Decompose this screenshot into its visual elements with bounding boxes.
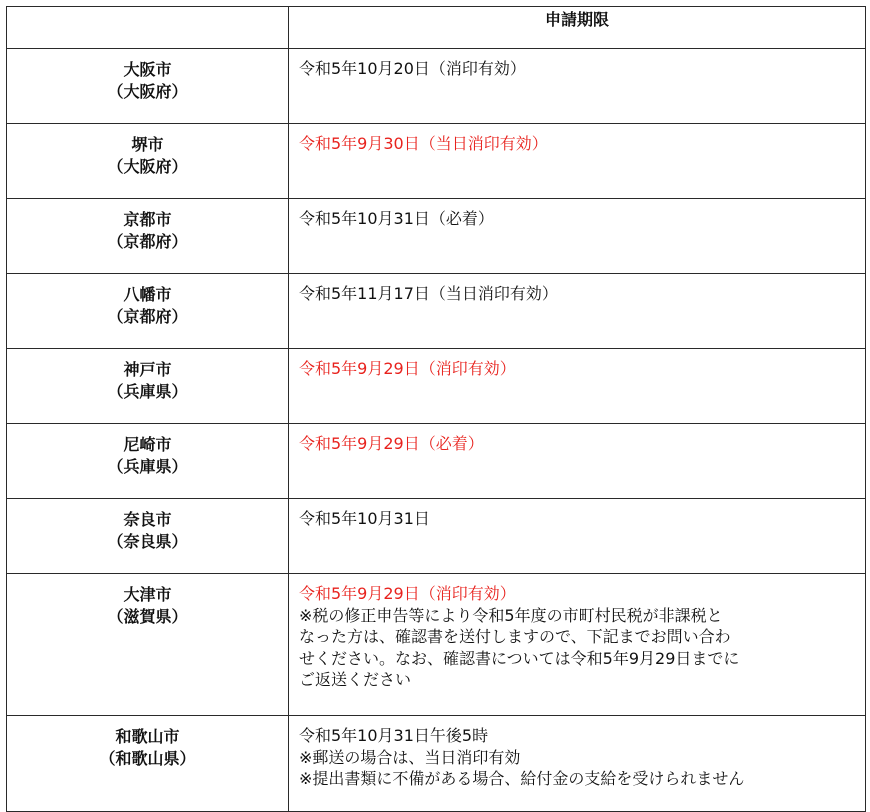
header-deadline: 申請期限 xyxy=(289,7,866,49)
deadline-cell: 令和5年9月29日（消印有効） xyxy=(289,349,866,424)
deadline-text: 令和5年10月20日（消印有効） xyxy=(299,58,865,80)
city-name: 京都市 xyxy=(7,209,288,231)
deadline-cell: 令和5年10月31日（必着） xyxy=(289,199,866,274)
prefecture-name: （京都府） xyxy=(7,231,288,253)
city-cell: 京都市 （京都府） xyxy=(7,199,289,274)
city-name: 大津市 xyxy=(7,584,288,606)
prefecture-name: （奈良県） xyxy=(7,531,288,553)
city-cell: 大阪市 （大阪府） xyxy=(7,49,289,124)
table-row: 神戸市 （兵庫県） 令和5年9月29日（消印有効） xyxy=(7,349,866,424)
table-row: 尼崎市 （兵庫県） 令和5年9月29日（必着） xyxy=(7,424,866,499)
city-cell: 堺市 （大阪府） xyxy=(7,124,289,199)
deadline-cell: 令和5年10月31日午後5時 ※郵送の場合は、当日消印有効 ※提出書類に不備があ… xyxy=(289,716,866,736)
city-name: 和歌山市 xyxy=(7,726,288,735)
deadline-text-highlighted: 令和5年9月29日（消印有効） xyxy=(299,583,865,605)
prefecture-name: （兵庫県） xyxy=(7,381,288,403)
deadline-text: 令和5年10月31日 xyxy=(299,508,865,530)
table-row: 京都市 （京都府） 令和5年10月31日（必着） xyxy=(7,199,866,274)
prefecture-name: （滋賀県） xyxy=(7,606,288,628)
deadline-note: ご返送ください xyxy=(299,669,865,691)
table-row: 和歌山市 （和歌山県） 令和5年10月31日午後5時 ※郵送の場合は、当日消印有… xyxy=(7,716,866,736)
city-name: 大阪市 xyxy=(7,59,288,81)
city-name: 堺市 xyxy=(7,134,288,156)
table-header-row: 申請期限 xyxy=(7,7,866,49)
deadline-cell: 令和5年9月29日（消印有効） ※税の修正申告等により令和5年度の市町村民税が非… xyxy=(289,574,866,716)
prefecture-name: （兵庫県） xyxy=(7,456,288,478)
deadline-note: なった方は、確認書を送付しますので、下記までお問い合わ xyxy=(299,626,865,648)
deadline-cell: 令和5年9月30日（当日消印有効） xyxy=(289,124,866,199)
deadline-text: 令和5年11月17日（当日消印有効） xyxy=(299,283,865,305)
table-row: 大阪市 （大阪府） 令和5年10月20日（消印有効） xyxy=(7,49,866,124)
table-row: 八幡市 （京都府） 令和5年11月17日（当日消印有効） xyxy=(7,274,866,349)
deadline-cell: 令和5年10月31日 xyxy=(289,499,866,574)
city-name: 奈良市 xyxy=(7,509,288,531)
deadline-note: せください。なお、確認書については令和5年9月29日までに xyxy=(299,648,865,670)
table-row: 堺市 （大阪府） 令和5年9月30日（当日消印有効） xyxy=(7,124,866,199)
deadline-cell: 令和5年9月29日（必着） xyxy=(289,424,866,499)
city-cell: 奈良市 （奈良県） xyxy=(7,499,289,574)
deadline-text-highlighted: 令和5年9月30日（当日消印有効） xyxy=(299,133,865,155)
deadline-note: ※税の修正申告等により令和5年度の市町村民税が非課税と xyxy=(299,605,865,627)
city-name: 八幡市 xyxy=(7,284,288,306)
deadline-text: 令和5年10月31日（必着） xyxy=(299,208,865,230)
city-cell: 尼崎市 （兵庫県） xyxy=(7,424,289,499)
city-name: 尼崎市 xyxy=(7,434,288,456)
city-cell: 神戸市 （兵庫県） xyxy=(7,349,289,424)
prefecture-name: （大阪府） xyxy=(7,156,288,178)
city-cell: 大津市 （滋賀県） xyxy=(7,574,289,716)
city-cell: 和歌山市 （和歌山県） xyxy=(7,716,289,736)
deadline-text-highlighted: 令和5年9月29日（必着） xyxy=(299,433,865,455)
table-row: 奈良市 （奈良県） 令和5年10月31日 xyxy=(7,499,866,574)
header-city xyxy=(7,7,289,49)
city-name: 神戸市 xyxy=(7,359,288,381)
prefecture-name: （京都府） xyxy=(7,306,288,328)
deadline-cell: 令和5年10月20日（消印有効） xyxy=(289,49,866,124)
deadline-text: 令和5年10月31日午後5時 xyxy=(299,725,865,735)
deadline-cell: 令和5年11月17日（当日消印有効） xyxy=(289,274,866,349)
deadline-table: 申請期限 大阪市 （大阪府） 令和5年10月20日（消印有効） 堺市 （大阪府）… xyxy=(6,6,866,735)
city-cell: 八幡市 （京都府） xyxy=(7,274,289,349)
prefecture-name: （大阪府） xyxy=(7,81,288,103)
deadline-text-highlighted: 令和5年9月29日（消印有効） xyxy=(299,358,865,380)
table-row: 大津市 （滋賀県） 令和5年9月29日（消印有効） ※税の修正申告等により令和5… xyxy=(7,574,866,716)
